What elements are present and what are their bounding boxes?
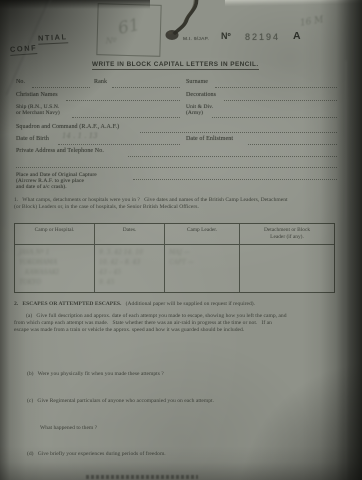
cut-off-print-fragment (86, 475, 198, 479)
date-of-birth-label: Date of Birth (16, 136, 49, 142)
decorations-label: Decorations (186, 92, 216, 98)
paper-crease-right (345, 60, 347, 480)
camps-table-header-detachment: Detachment or Block Leader (if any). (240, 224, 334, 245)
section2-heading: 2. ESCAPES OR ATTEMPTED ESCAPES. (Additi… (14, 301, 255, 308)
question-a-line3: escape was made from a train or vehicle … (14, 327, 244, 334)
ship-label-line2: or Merchant Navy) (16, 110, 60, 116)
question-d: (d) Give briefly your experiences during… (27, 451, 166, 458)
photographed-form-page: CONF NTIAL 61 Nº M.I. 9/JAP. Nº 82194 A … (0, 0, 362, 480)
series-letter: A (293, 30, 301, 42)
number-sign: Nº (221, 31, 231, 41)
camps-table: Camp or Hospital. Dates. Camp Leader. De… (14, 223, 335, 293)
classification-stamp-part1: CONF (10, 43, 38, 56)
camps-table-cell-leader: MAJ — CAPT — (165, 245, 240, 292)
camps-table-cell-dates: 9. 3. 42 14. 10 10. 42 – 8. 43 43 – 45 9… (95, 245, 165, 292)
camps-table-header-dates: Dates. (95, 224, 165, 245)
question-a-line1: (a) Give full description and approx. da… (26, 313, 287, 320)
christian-names-label: Christian Names (16, 92, 58, 98)
question1-line1: 1. What camps, detachments or hospitals … (14, 197, 288, 204)
stamp-box-scribble-small: Nº (106, 36, 117, 45)
stamp-box-scribble: 61 (116, 15, 141, 39)
block-capitals-instruction: WRITE IN BLOCK CAPITAL LETTERS IN PENCIL… (92, 61, 259, 70)
camps-table-cell-detachment (240, 245, 334, 292)
private-address-label: Private Address and Telephone No. (16, 148, 104, 154)
surname-field-label: Surname (186, 79, 208, 85)
unit-div-label-line2: (Army) (186, 110, 203, 116)
serial-number: 82194 (245, 32, 280, 42)
camps-table-header-leader: Camp Leader. (165, 224, 240, 245)
file-string-icon (0, 0, 362, 60)
no-field-label: No. (16, 79, 25, 85)
question-a-line2: from which camp each attempt was made. S… (14, 320, 272, 327)
capture-note-line2: and date of a/c crash). (16, 184, 67, 190)
question-c: (c) Give Regimental particulars of anyon… (27, 398, 214, 405)
stamp-box: 61 Nº (96, 3, 161, 57)
rank-field-label: Rank (94, 79, 107, 85)
office-reference: M.I. 9/JAP. (183, 37, 209, 42)
question-c2: What happened to them ? (40, 425, 97, 432)
question-b: (b) Were you physically fit when you mad… (27, 371, 164, 378)
squadron-command-label: Squadron and Command (R.A.F., A.A.F.) (16, 124, 119, 130)
date-of-birth-pencil-entry: 14 . 1 . 13 (62, 132, 98, 140)
date-of-enlistment-label: Date of Enlistment (186, 136, 233, 142)
camps-table-header-camp: Camp or Hospital. (15, 224, 95, 245)
classification-stamp-part2: NTIAL (38, 32, 68, 45)
question1-line2: (or Block) Leaders or, in the case of ho… (14, 204, 199, 211)
camps-table-cell-camp: JAVA Nº 1 YOKOHAMA KAWASAKI TOKYO (15, 245, 95, 292)
